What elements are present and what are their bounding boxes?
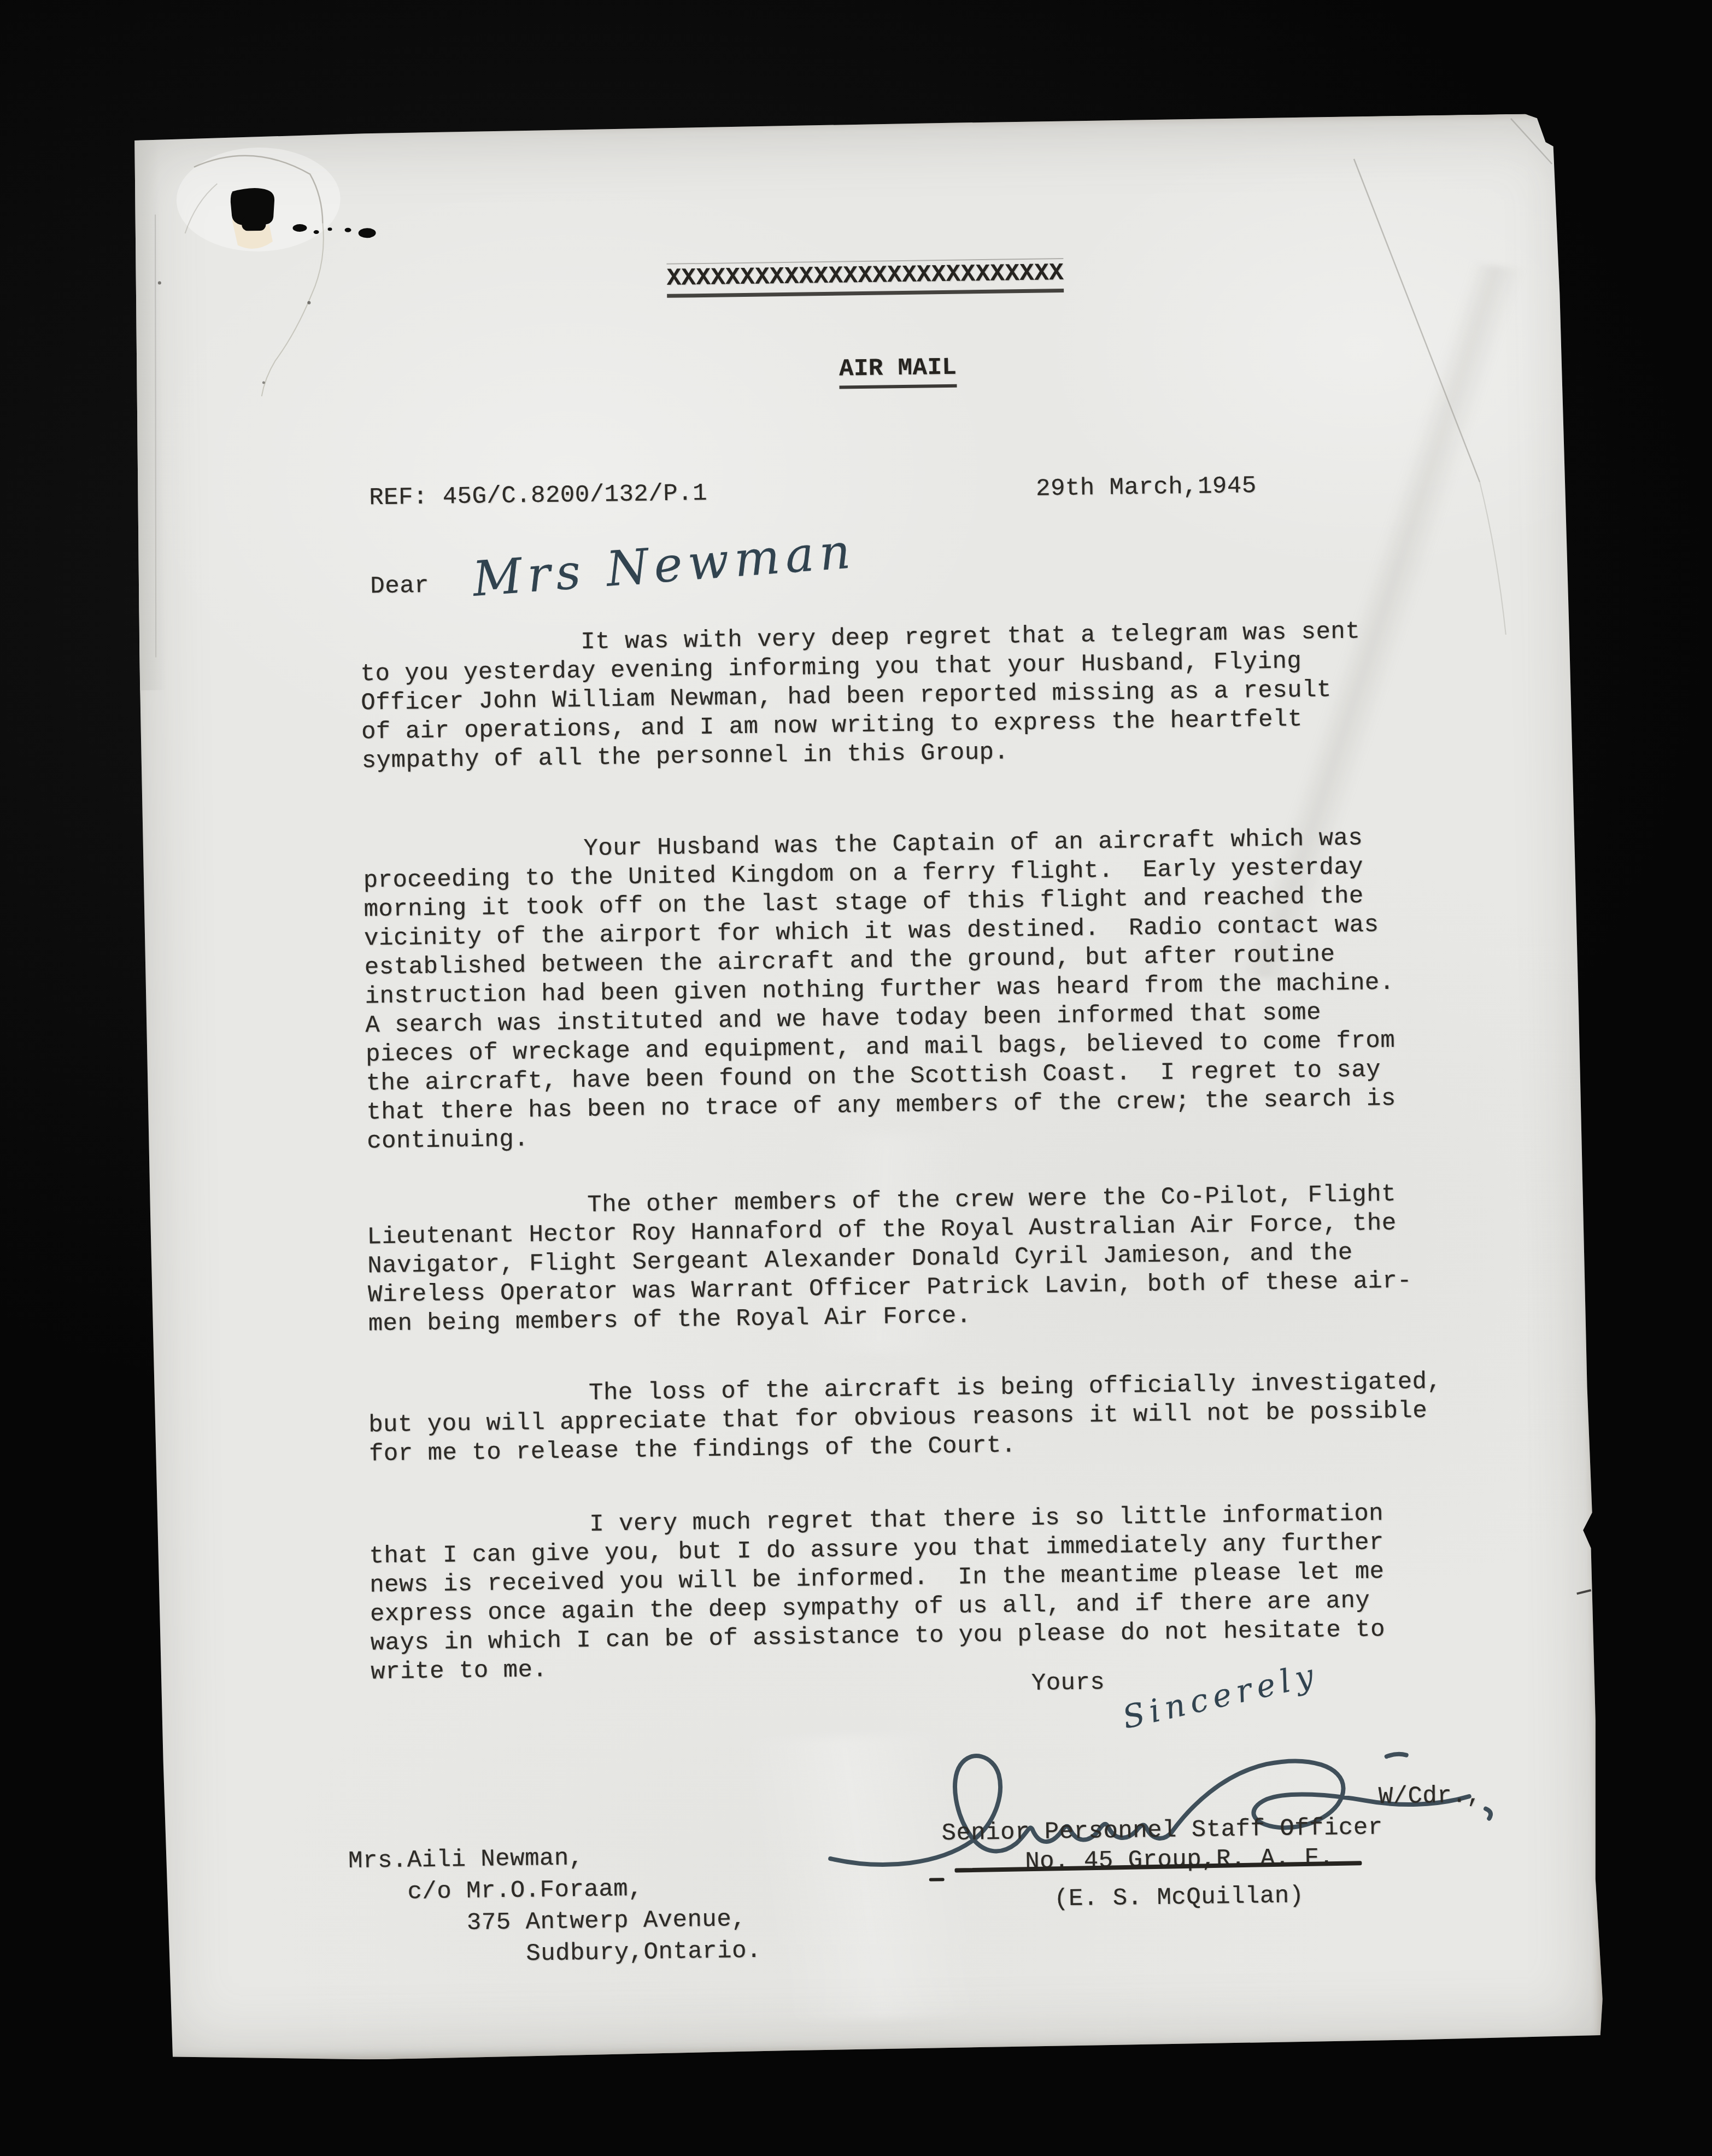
tear-speck (292, 224, 307, 232)
recipient-address: Mrs.Aili Newman, c/o Mr.O.Foraam, 375 An… (348, 1840, 761, 1972)
paragraph-crew-members: The other members of the crew were the C… (367, 1180, 1413, 1339)
tear-crease-small (184, 184, 218, 233)
edge-tear-mark (1577, 1590, 1591, 1593)
signature-stroke-comma (1486, 1809, 1491, 1819)
corner-chamfer-crease (1511, 118, 1552, 165)
left-edge-fold (129, 132, 166, 690)
tear-hole (230, 188, 274, 226)
signer-name: (E. S. McQuillan) (1054, 1882, 1304, 1914)
closing-yours: Yours (1031, 1668, 1105, 1698)
tear-flap-highlight (175, 147, 341, 253)
signer-unit: No. 45 Group,R. A. F. (1025, 1843, 1334, 1877)
tear-speck (314, 230, 319, 234)
signer-title: Senior Personnel Staff Officer (941, 1813, 1383, 1848)
signature-stroke-tick (1387, 1754, 1406, 1757)
tear-speck (359, 228, 376, 238)
tear-speck (327, 227, 332, 231)
paper-dot (262, 381, 265, 384)
torn-flap-patch (232, 219, 273, 249)
corner-crease-line (1354, 157, 1480, 484)
tear-hole-lower (242, 216, 266, 231)
paragraph-telegram-regret: It was with very deep regret that a tele… (360, 618, 1362, 776)
paragraph-sympathy: I very much regret that there is so litt… (369, 1499, 1386, 1687)
salutation-handwritten: Mrs Newman (471, 523, 858, 607)
tear-speck (344, 228, 351, 232)
air-mail-heading: AIR MAIL (839, 354, 957, 389)
tear-crease-line (194, 155, 323, 225)
paragraph-investigation: The loss of the aircraft is being offici… (368, 1368, 1443, 1469)
reference-number: REF: 45G/C.8200/132/P.1 (369, 479, 707, 513)
tear-crack-line (259, 223, 325, 396)
photo-black-background: XXXXXXXXXXXXXXXXXXXXXXXXXXX AIR MAIL REF… (0, 0, 1712, 2156)
signer-rank: W/Cdr., (1378, 1782, 1481, 1812)
salutation-typed: Dear (370, 572, 429, 601)
paragraph-ferry-flight: Your Husband was the Captain of an aircr… (363, 824, 1397, 1157)
letter-page: XXXXXXXXXXXXXXXXXXXXXXXXXXX AIR MAIL REF… (129, 113, 1604, 2063)
paper-dot (307, 301, 310, 304)
corner-crease-ext (1480, 482, 1506, 635)
letter-date: 29th March,1945 (1036, 472, 1257, 503)
unit-underline-dash (929, 1878, 945, 1881)
struck-out-line: XXXXXXXXXXXXXXXXXXXXXXXXXXX (666, 258, 1064, 298)
